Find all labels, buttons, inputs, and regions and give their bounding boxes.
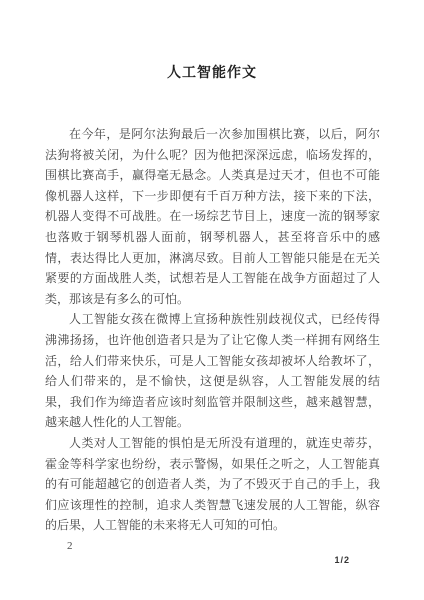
document-page: 人工智能作文 在今年，是阿尔法狗最后一次参加围棋比赛，以后，阿尔法狗将被关闭，为… [0, 0, 424, 600]
page-indicator: 1/2 [334, 555, 350, 565]
document-title: 人工智能作文 [0, 0, 424, 82]
page-footnote-number: 2 [45, 536, 380, 557]
paragraph-1: 在今年，是阿尔法狗最后一次参加围棋比赛，以后，阿尔法狗将被关闭，为什么呢？因为他… [45, 124, 380, 309]
paragraph-3: 人类对人工智能的惧怕是无所没有道理的，就连史蒂芬，霍金等科学家也纷纷，表示警惕，… [45, 433, 380, 536]
document-body: 在今年，是阿尔法狗最后一次参加围棋比赛，以后，阿尔法狗将被关闭，为什么呢？因为他… [45, 124, 380, 556]
paragraph-2: 人工智能女孩在微博上宣扬种族性别歧视仪式，已经传得沸沸扬扬，也许他创造者只是为了… [45, 309, 380, 433]
